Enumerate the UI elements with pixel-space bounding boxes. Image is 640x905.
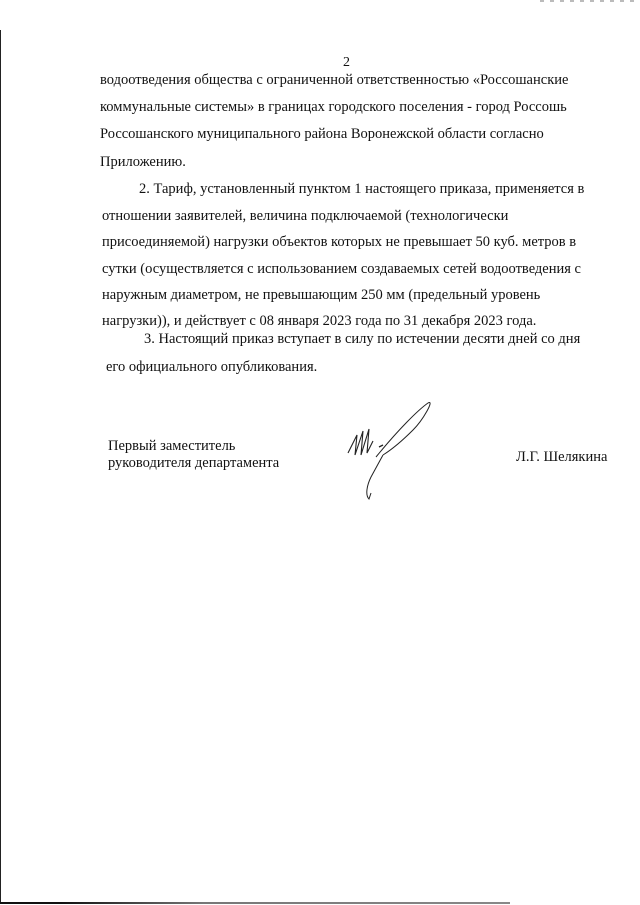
paragraph-2-line-5: наружным диаметром, не превышающим 250 м… bbox=[102, 287, 540, 304]
paragraph-2-line-1: 2. Тариф, установленный пунктом 1 настоя… bbox=[139, 181, 584, 198]
position-line-2: руководителя департамента bbox=[108, 455, 279, 472]
paragraph-2-line-6: нагрузки)), и действует с 08 января 2023… bbox=[102, 313, 536, 330]
paragraph-2-line-4: сутки (осуществляется с использованием с… bbox=[102, 261, 581, 278]
document-page: 2 водоотведения общества с ограниченной … bbox=[0, 0, 640, 905]
scan-edge-left bbox=[0, 30, 1, 902]
signatory-name: Л.Г. Шелякина bbox=[516, 449, 607, 466]
paragraph-1-line-3: Россошанского муниципального района Воро… bbox=[100, 126, 576, 143]
page-number: 2 bbox=[343, 55, 350, 71]
paragraph-1-line-4: Приложению. bbox=[100, 154, 186, 171]
position-line-1: Первый заместитель bbox=[108, 438, 279, 455]
paragraph-1-line-1: водоотведения общества с ограниченной от… bbox=[100, 72, 576, 89]
paragraph-3-line-2: его официального опубликования. bbox=[106, 359, 317, 376]
paragraph-2-line-2: отношении заявителей, величина подключае… bbox=[102, 208, 508, 225]
scan-artifact bbox=[540, 0, 640, 2]
paragraph-3-line-1: 3. Настоящий приказ вступает в силу по и… bbox=[144, 331, 580, 348]
handwritten-signature bbox=[343, 395, 433, 505]
paragraph-2-line-3: присоединяемой) нагрузки объектов которы… bbox=[102, 234, 576, 251]
scan-edge-bottom bbox=[0, 902, 510, 904]
paragraph-1-line-2: коммунальные системы» в границах городск… bbox=[100, 99, 576, 116]
signatory-position: Первый заместитель руководителя департам… bbox=[108, 438, 279, 472]
